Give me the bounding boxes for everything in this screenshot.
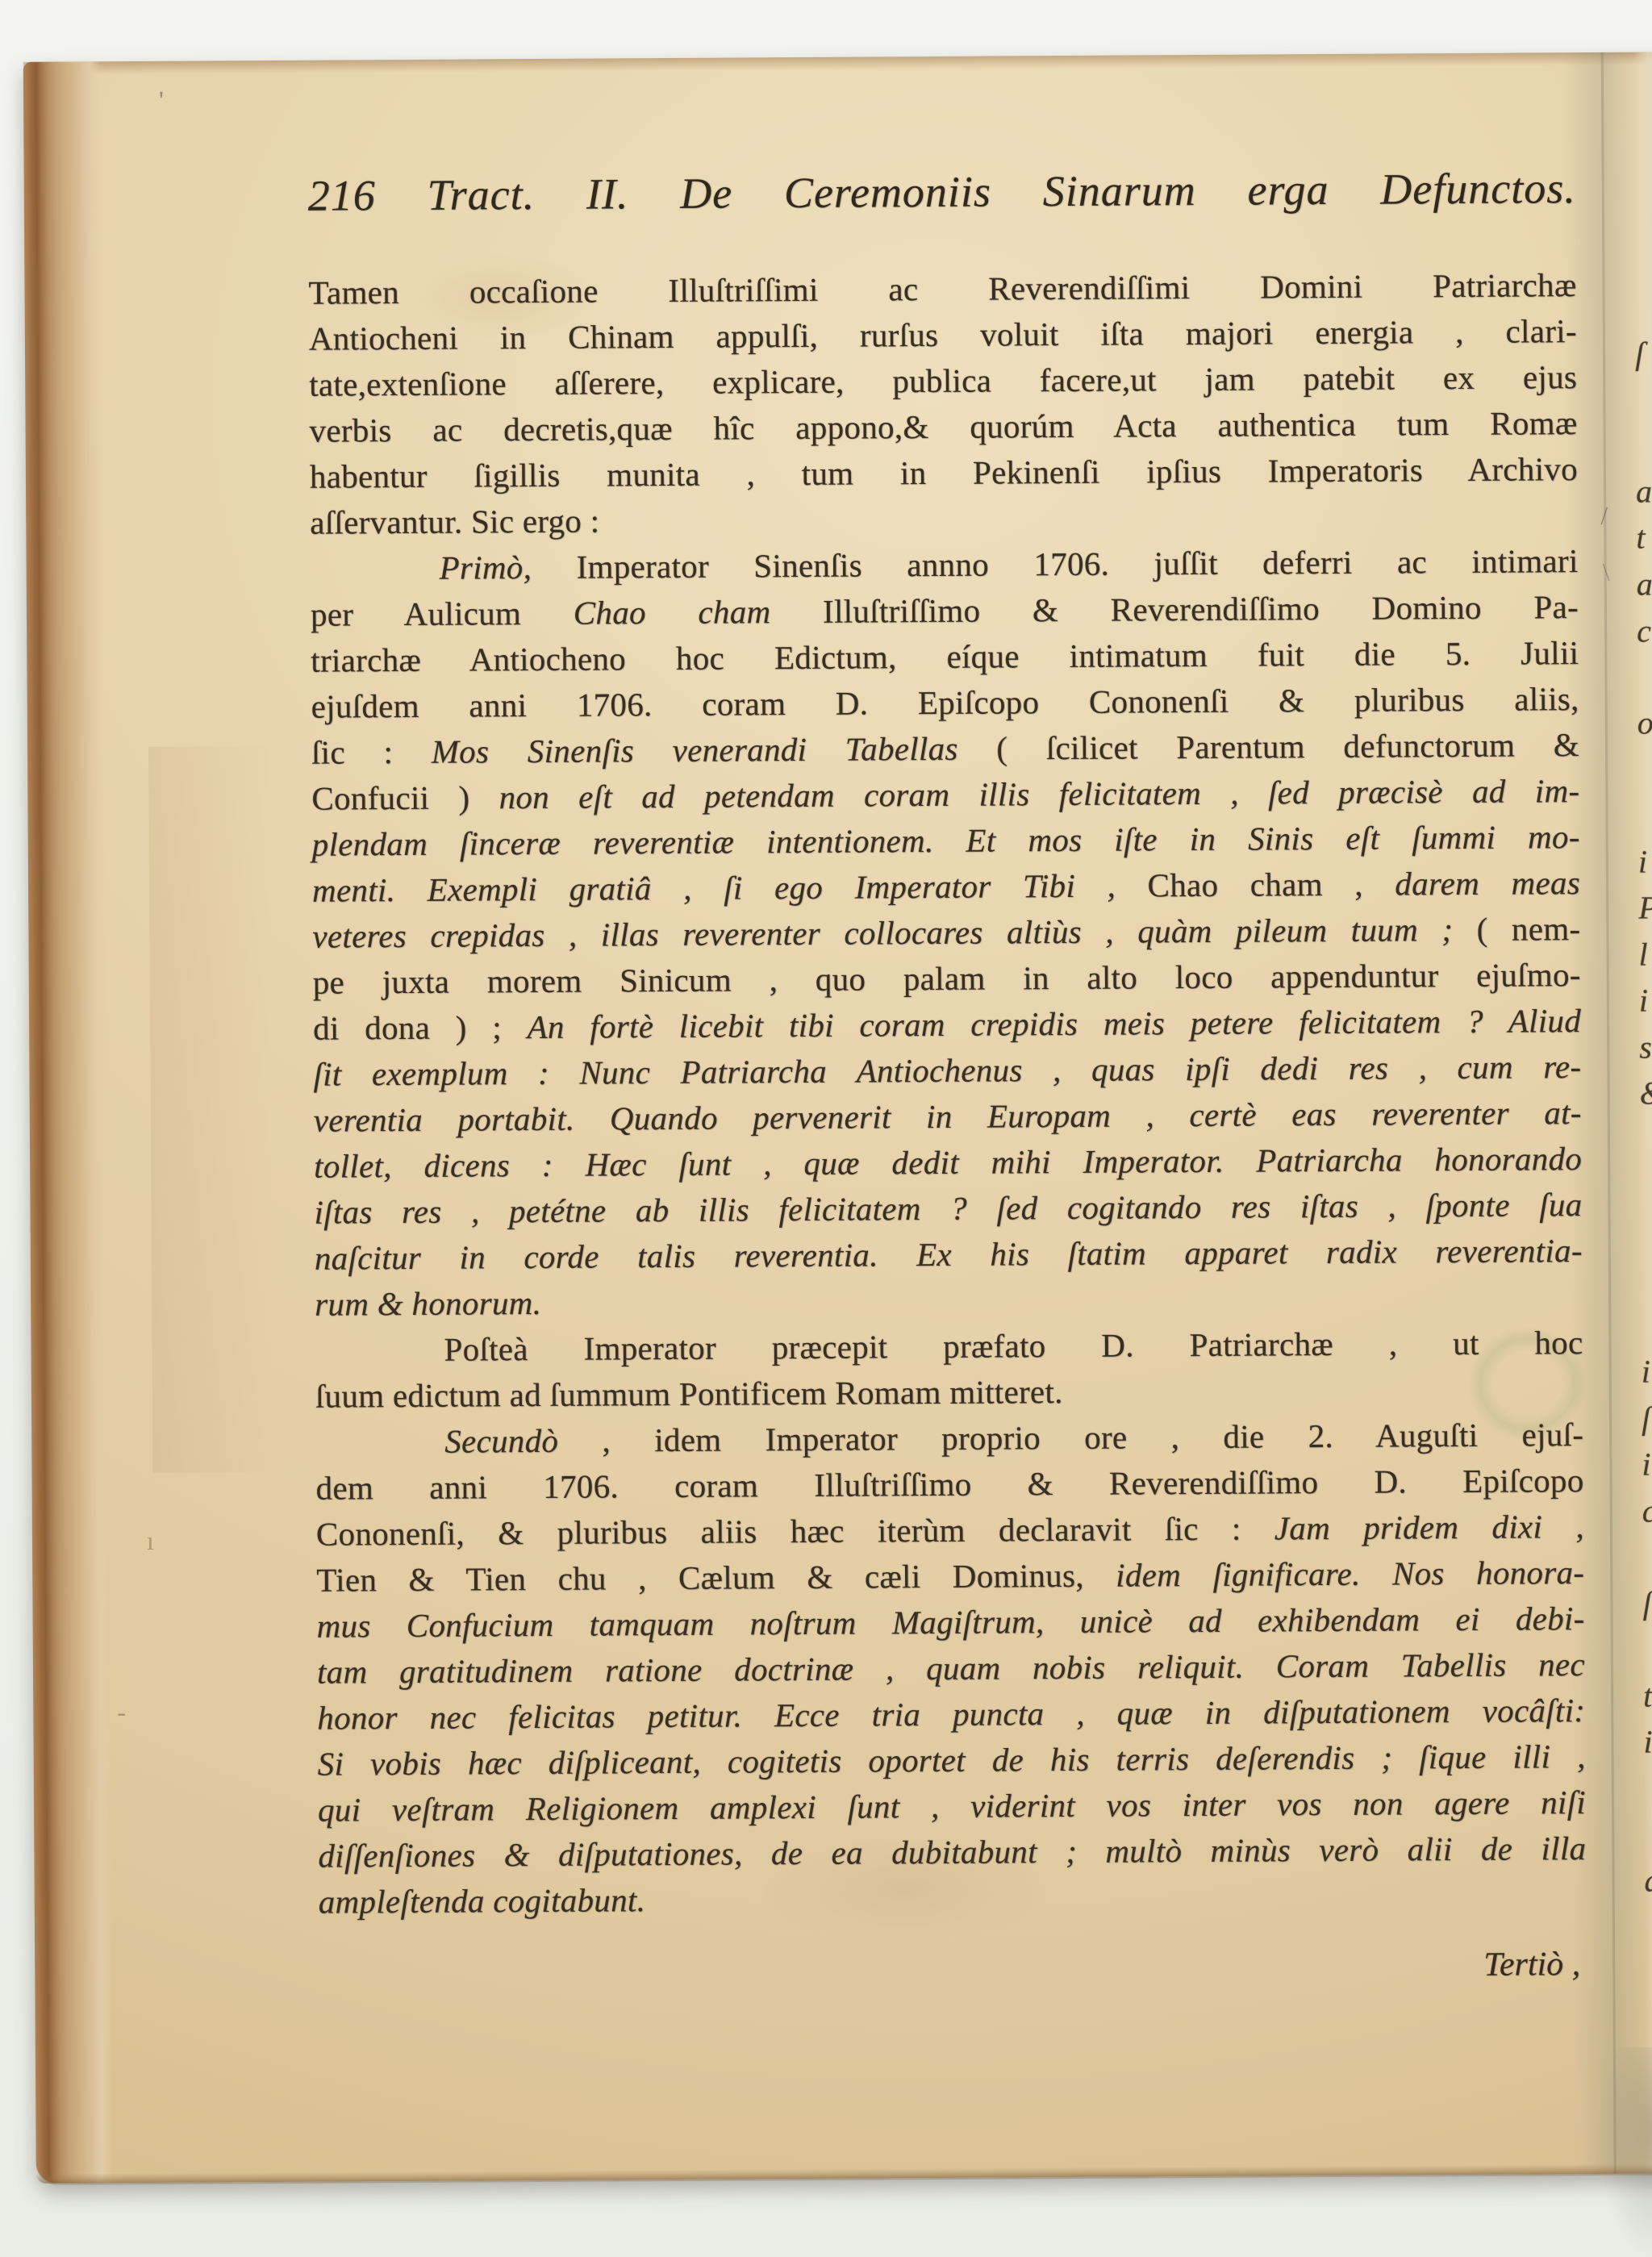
text-line: Poſteà Imperator præcepit præfato D. Pat…	[315, 1320, 1583, 1374]
text-line: Si vobis hæc diſpliceant, cogitetis opor…	[318, 1733, 1586, 1788]
italic-text-segment: iſtas res , petétne ab illis felicitatem…	[314, 1186, 1582, 1231]
text-line: pe juxta morem Sinicum , quo palam in al…	[313, 952, 1581, 1006]
facing-text-fragment: P	[1638, 891, 1652, 924]
text-line: Secundò , idem Imperator proprio ore , d…	[315, 1412, 1583, 1466]
facing-text-fragment: ſ	[1635, 337, 1652, 369]
stray-ink-mark: \	[1603, 559, 1610, 585]
roman-text-segment: Tamen occaſione Illuſtriſſimi ac Reveren…	[308, 266, 1576, 311]
roman-text-segment: aſſervantur. Sic ergo :	[310, 503, 599, 541]
roman-text-segment: Illuſtriſſimo & Reverendiſſimo Domino Pa…	[770, 588, 1579, 630]
italic-text-segment: veteres crepidas , illas reverenter coll…	[312, 911, 1476, 955]
text-line: Cononenſi, & pluribus aliis hæc iterùm d…	[316, 1504, 1584, 1558]
facing-text-fragment: s	[1639, 1031, 1652, 1063]
italic-text-segment: ſit exemplum : Nunc Patriarcha Antiochen…	[313, 1048, 1581, 1093]
roman-text-segment: , idem Imperator proprio ore , die 2. Au…	[558, 1416, 1583, 1459]
facing-text-fragment: i	[1638, 845, 1652, 878]
roman-text-segment: ſic :	[311, 733, 432, 771]
facing-text-fragment: l	[1638, 938, 1652, 970]
roman-text-segment: Imperator Sinenſis annno 1706. juſſit de…	[532, 542, 1579, 586]
italic-text-segment: rum & honorum.	[315, 1284, 541, 1323]
roman-text-segment: Antiocheni in Chinam appulſi, rurſus vol…	[309, 312, 1577, 357]
text-line: Confucii ) non eſt ad petendam coram ill…	[311, 768, 1579, 822]
text-line: menti. Exempli gratiâ , ſi ego Imperator…	[312, 860, 1580, 914]
book-page: ſatacoiPlis&iſicſtia 'ı-/\ 216 Tract. II…	[23, 52, 1652, 2183]
facing-text-fragment: &	[1640, 1077, 1652, 1109]
text-line: ſit exemplum : Nunc Patriarcha Antiochen…	[313, 1044, 1581, 1098]
roman-text-segment: dem anni 1706. coram Illuſtriſſimo & Rev…	[315, 1462, 1583, 1507]
facing-text-fragment: a	[1644, 1864, 1652, 1896]
roman-text-segment: verbis ac decretis,quæ hîc appono,& quor…	[309, 404, 1577, 449]
italic-text-segment: honor nec felicitas petitur. Ecce tria p…	[317, 1692, 1585, 1737]
running-header: 216 Tract. II. De Ceremoniis Sinarum erg…	[308, 157, 1576, 227]
scan-background: { "scan": { "palette": { "scanner_bg": "…	[0, 0, 1652, 2257]
text-line: Tien & Tien chu , Cælum & cæli Dominus, …	[316, 1550, 1584, 1604]
text-line: ſuum edictum ad ſummum Pontificem Romam …	[315, 1366, 1583, 1420]
text-line: diſſenſiones & diſputationes, de ea dubi…	[318, 1825, 1586, 1879]
roman-text-segment: Cononenſi, & pluribus aliis hæc iterùm d…	[316, 1509, 1274, 1552]
roman-text-segment: Chao cham ,	[1116, 866, 1363, 904]
italic-text-segment: Si vobis hæc diſpliceant, cogitetis opor…	[318, 1738, 1586, 1783]
text-line: ejuſdem anni 1706. coram D. Epiſcopo Con…	[311, 676, 1579, 730]
italic-text-segment: menti. Exempli gratiâ , ſi ego Imperator…	[312, 867, 1116, 909]
roman-text-segment: habentur ſigillis munita , tum in Pekine…	[310, 450, 1578, 495]
italic-text-segment: tollet, dicens : Hæc ſunt , quæ dedit mi…	[314, 1140, 1582, 1185]
text-line: habentur ſigillis munita , tum in Pekine…	[310, 446, 1578, 500]
roman-text-segment: per Aulicum	[311, 594, 574, 633]
italic-text-segment: idem ſignificare. Nos honora-	[1116, 1554, 1584, 1594]
text-line: tam gratitudinem ratione doctrinæ , quam…	[317, 1642, 1585, 1696]
text-line: plendam ſinceræ reverentiæ intentionem. …	[312, 814, 1580, 868]
text-line: mus Confucium tamquam noſtrum Magiſtrum,…	[316, 1596, 1584, 1650]
roman-text-segment: Poſteà Imperator præcepit præfato D. Pat…	[444, 1324, 1583, 1368]
italic-text-segment: tam gratitudinem ratione doctrinæ , quam…	[317, 1646, 1585, 1691]
stray-ink-mark: -	[117, 1699, 126, 1725]
text-line: dem anni 1706. coram Illuſtriſſimo & Rev…	[315, 1458, 1583, 1512]
text-line: di dona ) ; An fortè licebit tibi coram …	[313, 998, 1581, 1052]
text-line: per Aulicum Chao cham Illuſtriſſimo & Re…	[311, 584, 1579, 638]
text-line: ſic : Mos Sinenſis venerandi Tabellas ( …	[311, 722, 1579, 776]
text-line: Primò, Imperator Sinenſis annno 1706. ju…	[310, 538, 1578, 592]
italic-text-segment: non eſt ad petendam coram illis felicita…	[499, 772, 1579, 816]
roman-text-segment: ( ſcilicet Parentum defunctorum &	[958, 726, 1580, 767]
text-line: iſtas res , petétne ab illis felicitatem…	[314, 1182, 1582, 1236]
text-line: Tamen occaſione Illuſtriſſimi ac Reveren…	[308, 262, 1576, 316]
text-line: rum & honorum.	[315, 1274, 1583, 1328]
facing-page-fragments: ſatacoiPlis&iſicſtia	[23, 52, 1652, 61]
roman-text-segment: ſuum edictum ad ſummum Pontificem Romam …	[315, 1373, 1063, 1415]
text-line: triarchæ Antiocheno hoc Edictum, eíque i…	[311, 630, 1579, 684]
italic-text-segment: qui veſtram Religionem amplexi ſunt , vi…	[318, 1783, 1586, 1829]
facing-text-fragment: a	[1637, 568, 1652, 600]
italic-text-segment: An fortè licebit tibi coram crepidis mei…	[527, 1002, 1581, 1045]
facing-text-fragment: c	[1637, 615, 1652, 647]
text-line: ampleſtenda cogitabunt.	[319, 1871, 1587, 1925]
italic-text-segment: diſſenſiones & diſputationes, de ea dubi…	[318, 1829, 1586, 1875]
italic-text-segment: mus Confucium tamquam noſtrum Magiſtrum,…	[317, 1600, 1585, 1645]
text-line: aſſervantur. Sic ergo :	[310, 492, 1578, 546]
italic-text-segment: naſcitur in corde talis reverentia. Ex h…	[315, 1232, 1583, 1277]
facing-text-fragment: a	[1636, 475, 1652, 507]
text-line: honor nec felicitas petitur. Ecce tria p…	[317, 1688, 1585, 1742]
facing-text-fragment: ſ	[1642, 1587, 1652, 1619]
text-line: tollet, dicens : Hæc ſunt , quæ dedit mi…	[314, 1136, 1582, 1190]
catchword: Tertiò ,	[319, 1942, 1587, 1996]
roman-text-segment: di dona ) ;	[313, 1008, 528, 1047]
text-block: 216 Tract. II. De Ceremoniis Sinarum erg…	[308, 157, 1587, 1996]
facing-text-fragment: t	[1636, 521, 1652, 553]
facing-text-fragment: c	[1642, 1495, 1652, 1527]
italic-text-segment: verentia portabit. Quando pervenerit in …	[314, 1094, 1582, 1139]
italic-text-segment: Jam pridem dixi ,	[1274, 1508, 1584, 1546]
facing-text-fragment: i	[1643, 1725, 1652, 1758]
paper-stain	[148, 746, 273, 1473]
text-line: tate,extenſione aſſerere, explicare, pub…	[309, 354, 1577, 408]
roman-text-segment: ejuſdem anni 1706. coram D. Epiſcopo Con…	[311, 680, 1579, 725]
italic-text-segment: Secundò	[444, 1422, 558, 1460]
italic-text-segment: darem meas	[1363, 864, 1580, 903]
italic-text-segment: ampleſtenda cogitabunt.	[319, 1881, 646, 1920]
body-lines: Tamen occaſione Illuſtriſſimi ac Reveren…	[308, 262, 1587, 1925]
italic-text-segment: Primò,	[439, 549, 532, 586]
facing-text-fragment: i	[1642, 1448, 1652, 1480]
facing-text-fragment: ſ	[1642, 1402, 1652, 1434]
facing-text-fragment: i	[1642, 1355, 1652, 1387]
facing-text-fragment: o	[1637, 707, 1652, 739]
text-line: verbis ac decretis,quæ hîc appono,& quor…	[309, 400, 1577, 454]
roman-text-segment: pe juxta morem Sinicum , quo palam in al…	[313, 956, 1581, 1001]
text-line: naſcitur in corde talis reverentia. Ex h…	[315, 1228, 1583, 1282]
facing-text-fragment: i	[1639, 984, 1652, 1016]
text-line: veteres crepidas , illas reverenter coll…	[312, 906, 1580, 960]
text-line: qui veſtram Religionem amplexi ſunt , vi…	[318, 1779, 1586, 1834]
italic-text-segment: Chao cham	[574, 593, 771, 631]
stray-ink-mark: /	[1600, 503, 1608, 528]
text-line: verentia portabit. Quando pervenerit in …	[314, 1090, 1582, 1144]
roman-text-segment: tate,extenſione aſſerere, explicare, pub…	[309, 358, 1577, 403]
text-line: Antiocheni in Chinam appulſi, rurſus vol…	[309, 308, 1577, 362]
italic-text-segment: Mos Sinenſis venerandi Tabellas	[432, 730, 958, 770]
running-header-text: 216 Tract. II. De Ceremoniis Sinarum erg…	[308, 164, 1576, 220]
stray-ink-mark: '	[159, 87, 164, 113]
stray-ink-mark: ı	[147, 1528, 154, 1554]
roman-text-segment: Confucii )	[311, 778, 499, 816]
facing-text-fragment: t	[1643, 1679, 1652, 1712]
roman-text-segment: triarchæ Antiocheno hoc Edictum, eíque i…	[311, 634, 1579, 679]
roman-text-segment: Tien & Tien chu , Cælum & cæli Dominus,	[316, 1557, 1116, 1599]
page-bottom-shadow	[1563, 2047, 1652, 2257]
roman-text-segment: ( nem-	[1476, 910, 1580, 948]
stray-marks: 'ı-/\	[23, 52, 1652, 61]
italic-text-segment: plendam ſinceræ reverentiæ intentionem. …	[312, 818, 1580, 863]
fore-edge-page-stack	[23, 61, 114, 2184]
